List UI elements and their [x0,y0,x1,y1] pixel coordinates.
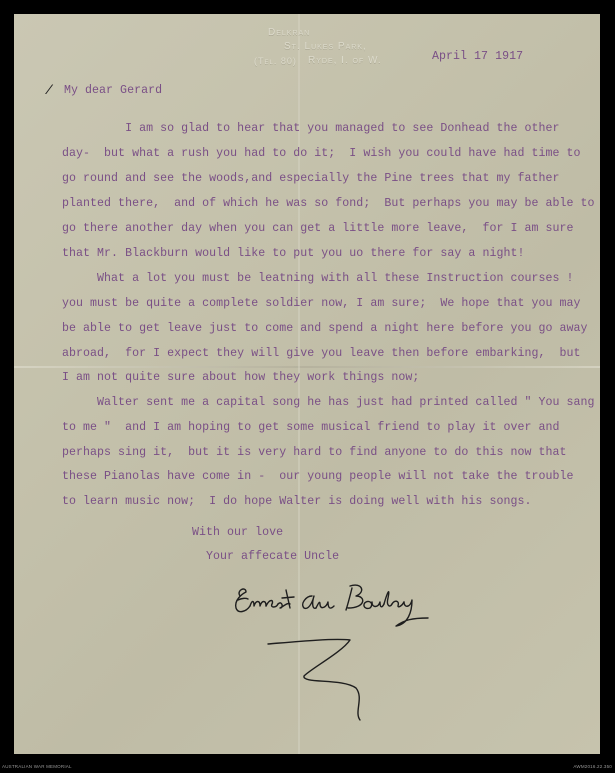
body-line: What a lot you must be leatning with all… [62,272,574,285]
body-line: planted there, and of which he was so fo… [62,197,595,210]
body-line: be able to get leave just to come and sp… [62,322,588,335]
letterhead-town: Ryde, I. of W. [308,54,382,68]
accession-number: AWM2016.22.350 [573,764,612,769]
body-line: go round and see the woods,and especiall… [62,172,560,185]
horizontal-fold-crease [14,366,600,368]
body-line: these Pianolas have come in - our young … [62,470,574,483]
salutation: My dear Gerard [64,84,162,97]
letter-page: Delkran St. Lukes Park, (Tel. 80) Ryde, … [14,14,600,754]
body-line: day- but what a rush you had to do it; I… [62,147,581,160]
institution-credit: AUSTRALIAN WAR MEMORIAL [2,764,72,769]
letterhead-street: St. Lukes Park, [284,40,367,54]
body-line: go there another day when you can get a … [62,222,574,235]
letterhead-house-name: Delkran [268,26,310,40]
embossed-letterhead: Delkran St. Lukes Park, (Tel. 80) Ryde, … [254,26,414,86]
body-line: to learn music now; I do hope Walter is … [62,495,532,508]
closing-uncle: Your affecate Uncle [192,550,339,563]
body-line: Walter sent me a capital song he has jus… [62,396,595,409]
body-line: abroad, for I expect they will give you … [62,347,581,360]
pencil-margin-mark: / [45,83,53,98]
letterhead-telephone: (Tel. 80) [254,54,297,68]
body-line: I am so glad to hear that you managed to… [62,122,560,135]
letter-date: April 17 1917 [432,50,523,63]
body-line: perhaps sing it, but it is very hard to … [62,446,567,459]
handwritten-signature: Ernest du Boulay [232,582,432,742]
body-line: I am not quite sure about how they work … [62,371,419,384]
body-line: that Mr. Blackburn would like to put you… [62,247,525,260]
closing-love: With our love [192,526,283,539]
body-line: you must be quite a complete soldier now… [62,297,581,310]
body-line: to me " and I am hoping to get some musi… [62,421,560,434]
